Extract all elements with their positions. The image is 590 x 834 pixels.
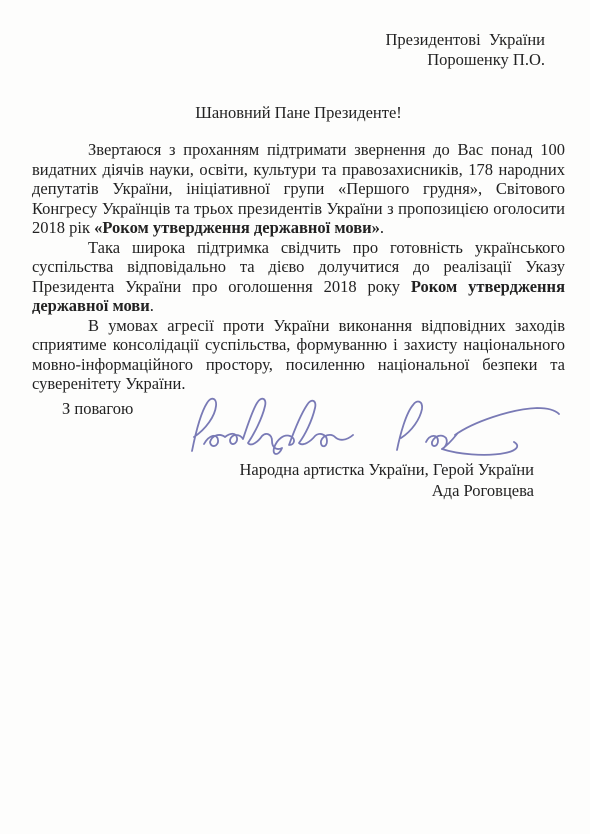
paragraph-3: В умовах агресії проти України виконання… <box>32 316 565 394</box>
signoff-block: Народна артистка України, Герой України … <box>32 459 534 502</box>
recipient-title: Президентові України <box>32 30 545 50</box>
paragraph-2-period: . <box>150 296 154 315</box>
letter-page: Президентові України Порошенку П.О. Шано… <box>0 0 590 834</box>
signoff-name: Ада Роговцева <box>32 480 534 502</box>
signature-ink-strokes <box>192 399 559 455</box>
letter-body: Звертаюся з проханням підтримати звернен… <box>32 140 565 394</box>
paragraph-1-bold-phrase: «Роком утвердження державної мови» <box>94 218 380 237</box>
signature-handwriting-icon <box>185 390 563 460</box>
recipient-name: Порошенку П.О. <box>32 50 545 70</box>
signoff-title: Народна артистка України, Герой України <box>32 459 534 481</box>
paragraph-3-text: В умовах агресії проти України виконання… <box>32 316 565 394</box>
recipient-block: Президентові України Порошенку П.О. <box>32 30 545 70</box>
salutation: Шановний Пане Президенте! <box>32 103 565 123</box>
paragraph-1-period: . <box>380 218 384 237</box>
paragraph-1: Звертаюся з проханням підтримати звернен… <box>32 140 565 238</box>
paragraph-2: Така широка підтримка свідчить про готов… <box>32 238 565 316</box>
